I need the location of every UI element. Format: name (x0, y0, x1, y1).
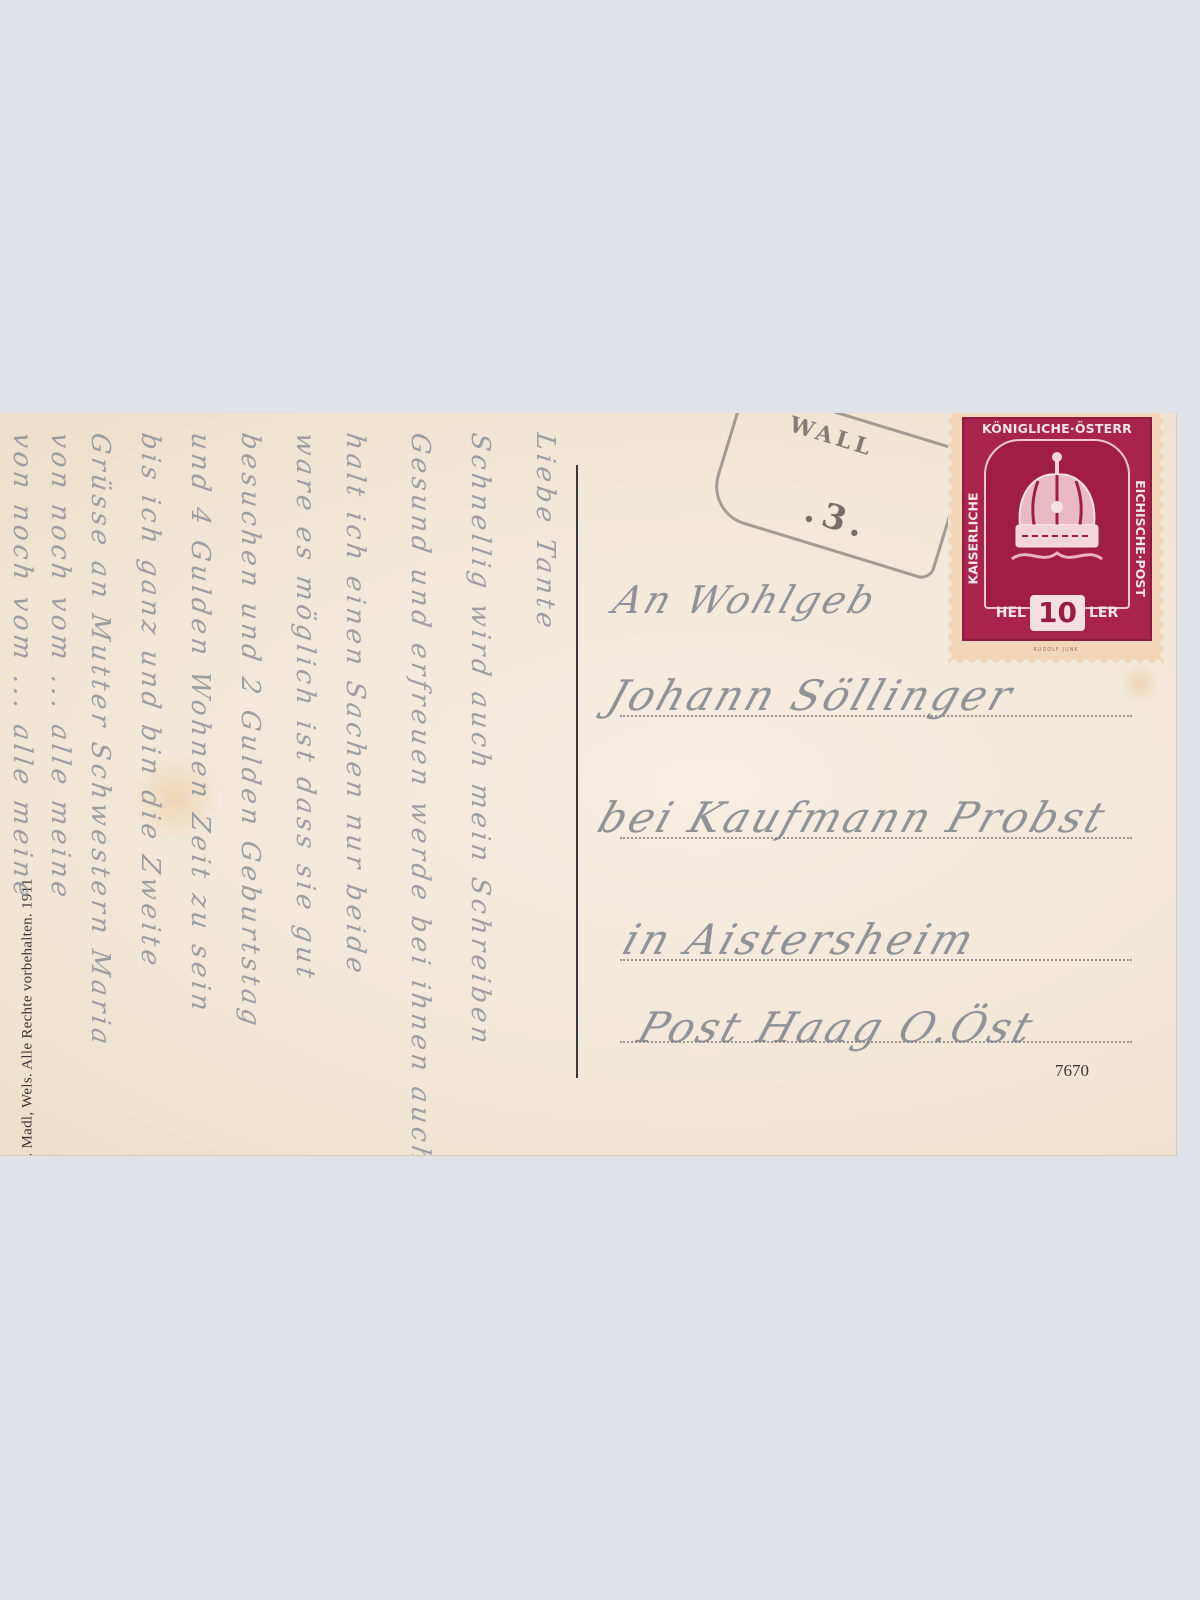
postmark-cancellation: WALL .3. (705, 413, 970, 582)
stamp-designer: RUDOLF JUNK (948, 647, 1164, 653)
address-recipient: Johann Söllinger (602, 671, 1021, 720)
message-address-divider (576, 465, 578, 1078)
card-number: 7670 (1055, 1061, 1089, 1081)
postcard-back: Photogr. Aufnahme v. C. Madl, Wels. Alle… (0, 413, 1176, 1155)
stamp-inscription-top: KÖNIGLICHE·ÖSTERR (964, 421, 1150, 436)
stamp-inscription-left: KAISERLICHE (966, 493, 981, 585)
stamp-denomination: HEL 10 LER (964, 595, 1150, 631)
stamp-value: 10 (1030, 595, 1085, 631)
postmark-date: .3. (800, 490, 874, 547)
postmark-town: WALL (786, 413, 877, 462)
age-stain (1120, 663, 1160, 703)
stamp-inscription-right: EICHISCHE·POST (1134, 480, 1149, 597)
address-town: in Aistersheim (617, 915, 983, 964)
stamp-design: KÖNIGLICHE·ÖSTERR KAISERLICHE EICHISCHE·… (962, 417, 1152, 641)
address-post-office: Post Haag O.Öst (632, 1003, 1042, 1052)
crown-icon (1002, 447, 1112, 567)
address-care-of: bei Kaufmann Probst (592, 793, 1114, 842)
address-salutation: An Wohlgeb (608, 578, 883, 622)
handwritten-message: Liebe Tante Schnellig wird auch mein Sch… (0, 413, 570, 1155)
postage-stamp: KÖNIGLICHE·ÖSTERR KAISERLICHE EICHISCHE·… (948, 413, 1164, 663)
